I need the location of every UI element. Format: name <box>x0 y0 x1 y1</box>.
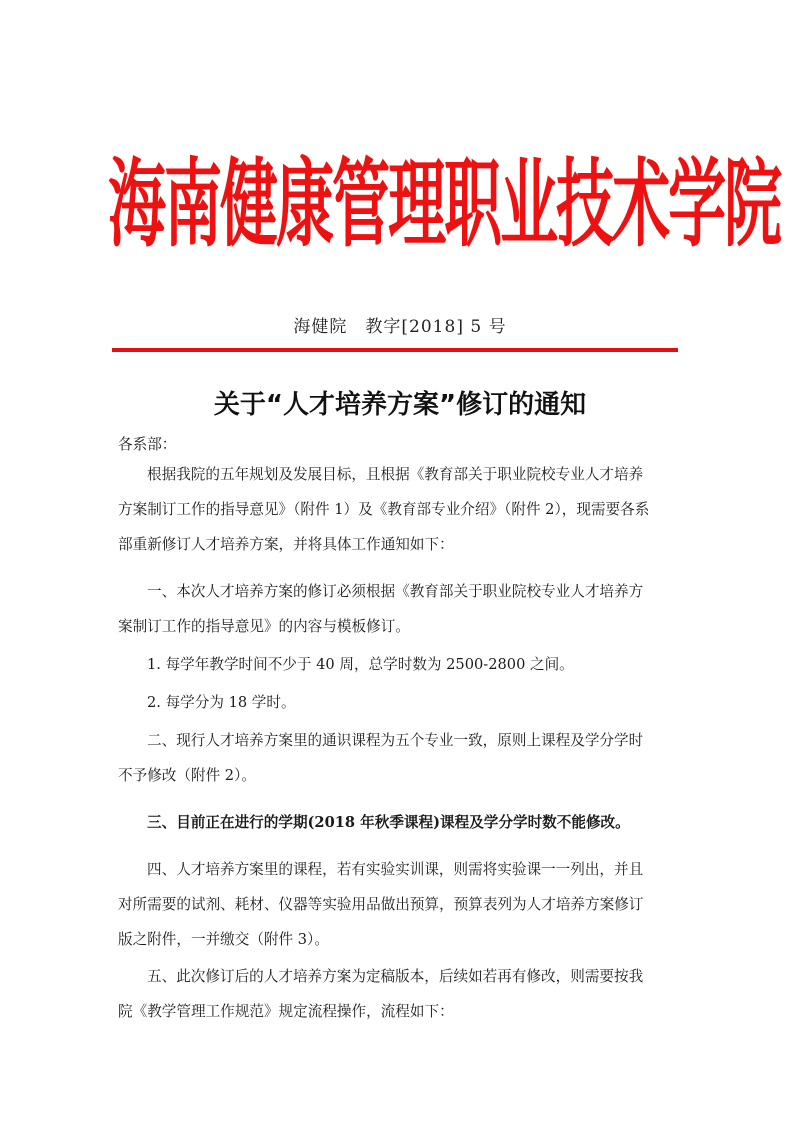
masthead-char: 技 <box>556 112 612 297</box>
masthead-char: 职 <box>444 112 500 297</box>
masthead: 海南健康管理职业技术学院 <box>108 148 688 260</box>
salutation: 各系部： <box>118 433 176 454</box>
masthead-char: 学 <box>668 112 724 297</box>
section-2-line-2: 不予修改（附件 2）。 <box>118 764 256 785</box>
document-number: 海健院 教字[2018] 5 号 <box>0 312 800 337</box>
section-4-line-1: 四、人才培养方案里的课程，若有实验实训课，则需将实验课一一列出，并且 <box>118 858 643 879</box>
masthead-char: 理 <box>388 112 444 297</box>
notice-title: 关于“人才培养方案”修订的通知 <box>0 384 800 421</box>
masthead-char: 管 <box>332 112 388 297</box>
paragraph-intro-line-2: 方案制订工作的指导意见》（附件 1）及《教育部专业介绍》（附件 2），现需要各系 <box>118 498 649 519</box>
paragraph-intro-line-1: 根据我院的五年规划及发展目标，且根据《教育部关于职业院校专业人才培养 <box>118 463 643 484</box>
section-4-line-3: 版之附件，一并缴交（附件 3）。 <box>118 928 329 949</box>
section-1-line-1: 一、本次人才培养方案的修订必须根据《教育部关于职业院校专业人才培养方 <box>118 580 643 601</box>
item-2: 2. 每学分为 18 学时。 <box>118 691 296 712</box>
section-4-line-2: 对所需要的试剂、耗材、仪器等实验用品做出预算，预算表列为人才培养方案修订 <box>118 893 643 914</box>
section-5-line-2: 院《教学管理工作规范》规定流程操作，流程如下： <box>118 1000 454 1021</box>
masthead-char: 术 <box>612 112 668 297</box>
section-2-line-1: 二、现行人才培养方案里的通识课程为五个专业一致，原则上课程及学分学时 <box>118 729 643 750</box>
section-1-line-2: 案制订工作的指导意见》的内容与模板修订。 <box>118 615 410 636</box>
item-1: 1. 每学年教学时间不少于 40 周，总学时数为 2500-2800 之间。 <box>118 653 574 674</box>
masthead-char: 康 <box>276 112 332 297</box>
masthead-char: 院 <box>724 112 780 297</box>
masthead-char: 南 <box>164 112 220 297</box>
paragraph-intro-line-3: 部重新修订人才培养方案，并将具体工作通知如下： <box>118 533 454 554</box>
masthead-char: 海 <box>108 112 164 297</box>
red-rule-divider <box>112 348 678 352</box>
masthead-char: 健 <box>220 112 276 297</box>
masthead-char: 业 <box>500 112 556 297</box>
section-5-line-1: 五、此次修订后的人才培养方案为定稿版本，后续如若再有修改，则需要按我 <box>118 965 643 986</box>
section-3: 三、目前正在进行的学期(2018 年秋季课程)课程及学分学时数不能修改。 <box>118 811 630 832</box>
